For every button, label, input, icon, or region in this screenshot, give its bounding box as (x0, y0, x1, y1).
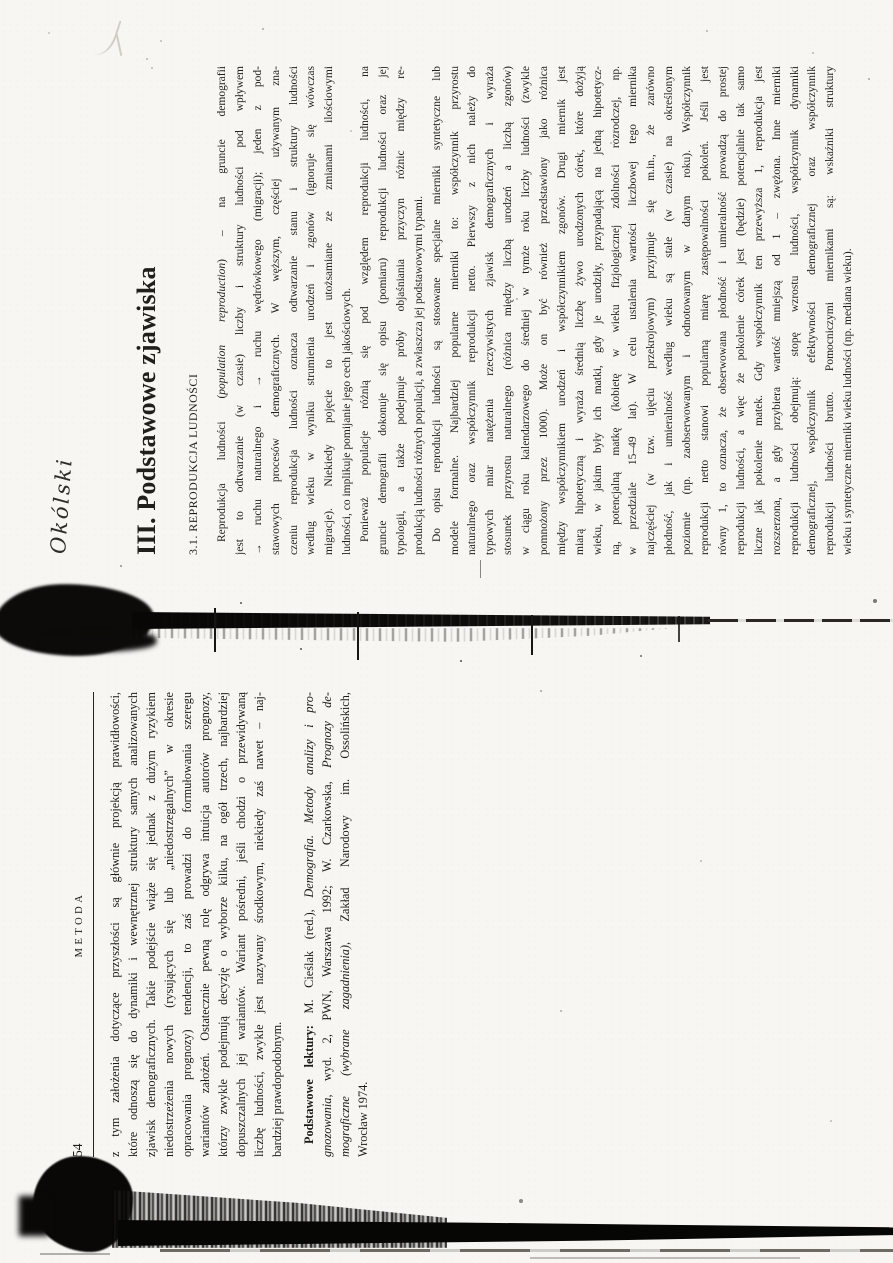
text-segment: które odnoszą się do dynamiki i wewnętrz… (126, 692, 140, 1157)
handwritten-owner-note: Okólski (46, 456, 77, 554)
text-line: jest to odtwarzanie (w czasie) liczby i … (234, 66, 252, 555)
text-line: liczne jak pokolenie matek. Gdy współczy… (753, 66, 771, 555)
text-line: najczęściej (w tzw. ujęciu przekrojowym)… (645, 66, 663, 555)
text-segment: migracje). Niekiedy pojęcie to jest utoż… (323, 66, 335, 555)
text-line: naturalnego oraz współczynnik reprodukcj… (466, 66, 484, 555)
text-line: dopuszczalnych jej wariantów. Wariant po… (234, 692, 252, 1157)
text-segment: najczęściej (w tzw. ujęciu przekrojowym)… (645, 66, 657, 555)
text-line: Podstawowe lektury: M. Cieślak (red.), D… (302, 692, 320, 1157)
gutter-tick (480, 560, 481, 578)
text-line: z tym założenia dotyczące przyszłości są… (108, 692, 126, 1157)
text-line: poziomie (np. zaobserwowanym i odnotowan… (681, 66, 699, 555)
text-segment: jest to odtwarzanie (w czasie) liczby i … (234, 66, 246, 555)
text-line: wariantów założeń. Ostatecznie pewną rol… (198, 692, 216, 1157)
text-segment: miarą hipotetyczną i wyraża średnią licz… (574, 66, 586, 555)
text-segment: mograficzne (wybrane zagadnienia) (338, 945, 352, 1157)
text-segment: ną, potencjalną matkę (kobietę w wieku f… (610, 66, 622, 555)
gutter-shadow-band (132, 612, 710, 629)
text-segment: pomnożony przez 1000). Może on być równi… (538, 66, 550, 555)
photocopy-speckles (0, 0, 2, 2)
paragraph: Ponieważ populacje różnią się pod względ… (359, 66, 431, 555)
text-segment: płodność, jak i umieralność według wieku… (663, 66, 675, 555)
paragraph: Reprodukcja ludności (population reprodu… (216, 66, 359, 555)
running-header-row: 54 METODA (50, 692, 88, 1157)
text-line: reprodukcji ludności, a więc że pokoleni… (735, 66, 753, 555)
gutter-shadow-line (708, 619, 893, 622)
text-segment: modele formalne. Najbardziej popularne m… (449, 66, 461, 555)
text-segment: dopuszczalnych jej wariantów. Wariant po… (234, 692, 248, 1157)
section-heading: 3.1. REPRODUKCJA LUDNOŚCI (186, 66, 200, 555)
text-line: produkcją ludności różnych populacji, a … (413, 66, 431, 555)
text-line: reprodukcji ludności brutto. Pomocniczym… (824, 66, 842, 555)
text-segment: równy 1, to oznacza, że obserwowana płod… (717, 66, 729, 555)
text-line: którzy zwykle podejmują decyzję o wyborz… (216, 692, 234, 1157)
text-segment: rozszerzona, a gdy przybiera wartość mni… (771, 66, 783, 555)
scan-edge-dash (40, 1253, 110, 1255)
text-segment: Do opisu reprodukcji ludności są stosowa… (431, 66, 443, 542)
text-segment: wieku i syntetyczne mierniki wieku ludno… (842, 248, 854, 555)
text-line: wieku, w jakim były ich matki, gdy je ur… (592, 66, 610, 555)
text-line: gnozowania, wyd. 2, PWN, Warszawa 1992; … (320, 692, 338, 1157)
text-line: w ciągu roku kalendarzowego do średniej … (520, 66, 538, 555)
paragraph: Podstawowe lektury: M. Cieślak (red.), D… (302, 692, 374, 1157)
text-segment: typowych miar natężenia rzeczywistych zj… (484, 66, 496, 555)
pencil-mark (116, 34, 123, 56)
chapter-page: III. Podstawowe zjawiska 3.1. REPRODUKCJ… (96, 66, 860, 555)
text-line: reprodukcji netto stanowi popularną miar… (699, 66, 717, 555)
text-line: pomnożony przez 1000). Może on być równi… (538, 66, 556, 555)
text-line: migracje). Niekiedy pojęcie to jest utoż… (323, 66, 341, 555)
text-line: płodność, jak i umieralność według wieku… (663, 66, 681, 555)
text-line: stosunek przyrostu naturalnego (różnica … (502, 66, 520, 555)
text-line: opracowania prognozy) tendencji, to zaś … (180, 692, 198, 1157)
text-segment: reprodukcji ludności, a więc że pokoleni… (735, 66, 747, 555)
text-segment: demograficznej, współczynnik efektywnośc… (806, 66, 818, 555)
gutter-tick (531, 615, 533, 655)
text-segment: produkcją ludności różnych populacji, a … (413, 196, 425, 555)
text-segment: gnozowania (320, 1098, 334, 1157)
text-line: równy 1, to oznacza, że obserwowana płod… (717, 66, 735, 555)
text-line: ludności, co implikuje pomijanie jego ce… (341, 66, 359, 555)
text-segment: stosunek przyrostu naturalnego (różnica … (502, 66, 514, 555)
text-line: ną, potencjalną matkę (kobietę w wieku f… (610, 66, 628, 555)
scan-edge-dash (530, 1257, 800, 1259)
text-segment: według wieku w wyniku strumienia urodzeń… (305, 66, 317, 555)
text-segment: population reproduction (216, 263, 228, 395)
scan-edge-line (160, 1249, 893, 1252)
running-header: METODA (72, 734, 88, 1115)
gutter-shadow-blob (0, 583, 155, 658)
text-segment: ) – na gruncie demografii (216, 66, 228, 263)
chapter-page-body: Reprodukcja ludności (population reprodu… (216, 66, 860, 555)
text-line: czeniu reprodukcja ludności oznacza odtw… (288, 66, 306, 555)
paragraph: z tym założenia dotyczące przyszłości są… (108, 692, 288, 1157)
text-segment: reprodukcji ludności brutto. Pomocniczym… (824, 66, 836, 555)
text-line: zjawisk demograficznych. Takie podejście… (144, 692, 162, 1157)
text-segment: w ciągu roku kalendarzowego do średniej … (520, 66, 532, 555)
text-segment: liczbę ludności, zwykle jest nazywany śr… (252, 692, 266, 1157)
text-line: bardziej prawdopodobnym. (270, 692, 288, 1157)
text-segment: opracowania prognozy) tendencji, to zaś … (180, 692, 194, 1157)
text-segment: reprodukcji ludności obejmują: stopę wzr… (789, 66, 801, 555)
text-line: mograficzne (wybrane zagadnienia), Zakła… (338, 692, 356, 1157)
text-segment: , Zakład Narodowy im. Ossolińskich, (338, 692, 352, 945)
text-line: Ponieważ populacje różnią się pod względ… (359, 66, 377, 555)
text-segment: Wrocław 1974. (356, 1082, 370, 1157)
text-line: według wieku w wyniku strumienia urodzeń… (305, 66, 323, 555)
text-line: które odnoszą się do dynamiki i wewnętrz… (126, 692, 144, 1157)
text-segment: zjawisk demograficznych. Takie podejście… (144, 692, 158, 1157)
text-segment: M. Cieślak (red.), (302, 898, 316, 1026)
text-segment: Podstawowe lektury: (302, 1025, 316, 1144)
text-line: reprodukcji ludności obejmują: stopę wzr… (789, 66, 807, 555)
text-line: stawowych procesów demograficznych. W wę… (270, 66, 288, 555)
metoda-page: 54 METODA z tym założenia dotyczące przy… (50, 692, 374, 1157)
text-segment: ludności, co implikuje pomijanie jego ce… (341, 288, 353, 555)
text-segment: niedostrzeżenia nowych (rysujących się l… (162, 692, 176, 1157)
text-line: gruncie demografii dokonuje się opisu (p… (377, 66, 395, 555)
gutter-tick (678, 616, 680, 642)
text-segment: między współczynnikiem urodzeń i współcz… (556, 66, 568, 555)
chapter-title: III. Podstawowe zjawiska (132, 66, 162, 555)
text-line: rozszerzona, a gdy przybiera wartość mni… (771, 66, 789, 555)
gutter-tick (357, 612, 359, 660)
text-segment: liczne jak pokolenie matek. Gdy współczy… (753, 66, 765, 555)
header-rule (93, 692, 94, 1157)
text-line: niedostrzeżenia nowych (rysujących się l… (162, 692, 180, 1157)
text-line: w przedziale 15–49 lat). W celu ustaleni… (627, 66, 645, 555)
text-segment: stawowych procesów demograficznych. W wę… (270, 66, 282, 555)
text-line: modele formalne. Najbardziej popularne m… (449, 66, 467, 555)
pencil-mark (146, 58, 148, 60)
scan-edge-bar (118, 1220, 893, 1246)
text-line: Reprodukcja ludności (population reprodu… (216, 66, 234, 555)
text-segment: Prognozy de- (320, 692, 334, 768)
text-segment: naturalnego oraz współczynnik reprodukcj… (466, 66, 478, 555)
text-line: miarą hipotetyczną i wyraża średnią licz… (574, 66, 592, 555)
text-line: Do opisu reprodukcji ludności są stosowa… (431, 66, 449, 555)
text-segment: z tym założenia dotyczące przyszłości są… (108, 692, 122, 1157)
text-segment: typologii, a także podejmuje próby objaś… (395, 66, 407, 555)
text-line: demograficznej, współczynnik efektywnośc… (806, 66, 824, 555)
paragraph: Do opisu reprodukcji ludności są stosowa… (431, 66, 860, 555)
text-line: Wrocław 1974. (356, 692, 374, 1157)
scanned-book-spread: Okólski III. Podstawowe zjawiska 3.1. RE… (0, 0, 893, 1263)
text-segment: gruncie demografii dokonuje się opisu (p… (377, 66, 389, 555)
text-line: typowych miar natężenia rzeczywistych zj… (484, 66, 502, 555)
text-segment: wariantów założeń. Ostatecznie pewną rol… (198, 692, 212, 1157)
text-segment: reprodukcji netto stanowi popularną miar… (699, 66, 711, 555)
metoda-page-body: z tym założenia dotyczące przyszłości są… (108, 692, 374, 1157)
text-segment: Demografia. Metody analizy i pro- (302, 692, 316, 898)
text-segment: , wyd. 2, PWN, Warszawa 1992; W. Czarkow… (320, 768, 334, 1098)
text-segment: wieku, w jakim były ich matki, gdy je ur… (592, 66, 604, 555)
text-segment: poziomie (np. zaobserwowanym i odnotowan… (681, 66, 693, 555)
text-line: między współczynnikiem urodzeń i współcz… (556, 66, 574, 555)
page-number: 54 (70, 1115, 86, 1157)
text-line: → ruchu naturalnego i → ruchu wędrówkowe… (252, 66, 270, 555)
text-segment: którzy zwykle podejmują decyzję o wyborz… (216, 692, 230, 1157)
text-segment: → ruchu naturalnego i → ruchu wędrówkowe… (252, 66, 264, 555)
text-segment: Reprodukcja ludności ( (216, 395, 228, 542)
text-line: wieku i syntetyczne mierniki wieku ludno… (842, 66, 860, 555)
text-segment: czeniu reprodukcja ludności oznacza odtw… (288, 66, 300, 555)
text-segment: bardziej prawdopodobnym. (270, 1022, 284, 1157)
text-segment: w przedziale 15–49 lat). W celu ustaleni… (627, 66, 639, 555)
text-line: liczbę ludności, zwykle jest nazywany śr… (252, 692, 270, 1157)
text-line: typologii, a także podejmuje próby objaś… (395, 66, 413, 555)
gutter-tick (214, 608, 216, 652)
text-segment: Ponieważ populacje różnią się pod względ… (359, 66, 371, 542)
gutter-shadow-fuzz (132, 628, 672, 642)
